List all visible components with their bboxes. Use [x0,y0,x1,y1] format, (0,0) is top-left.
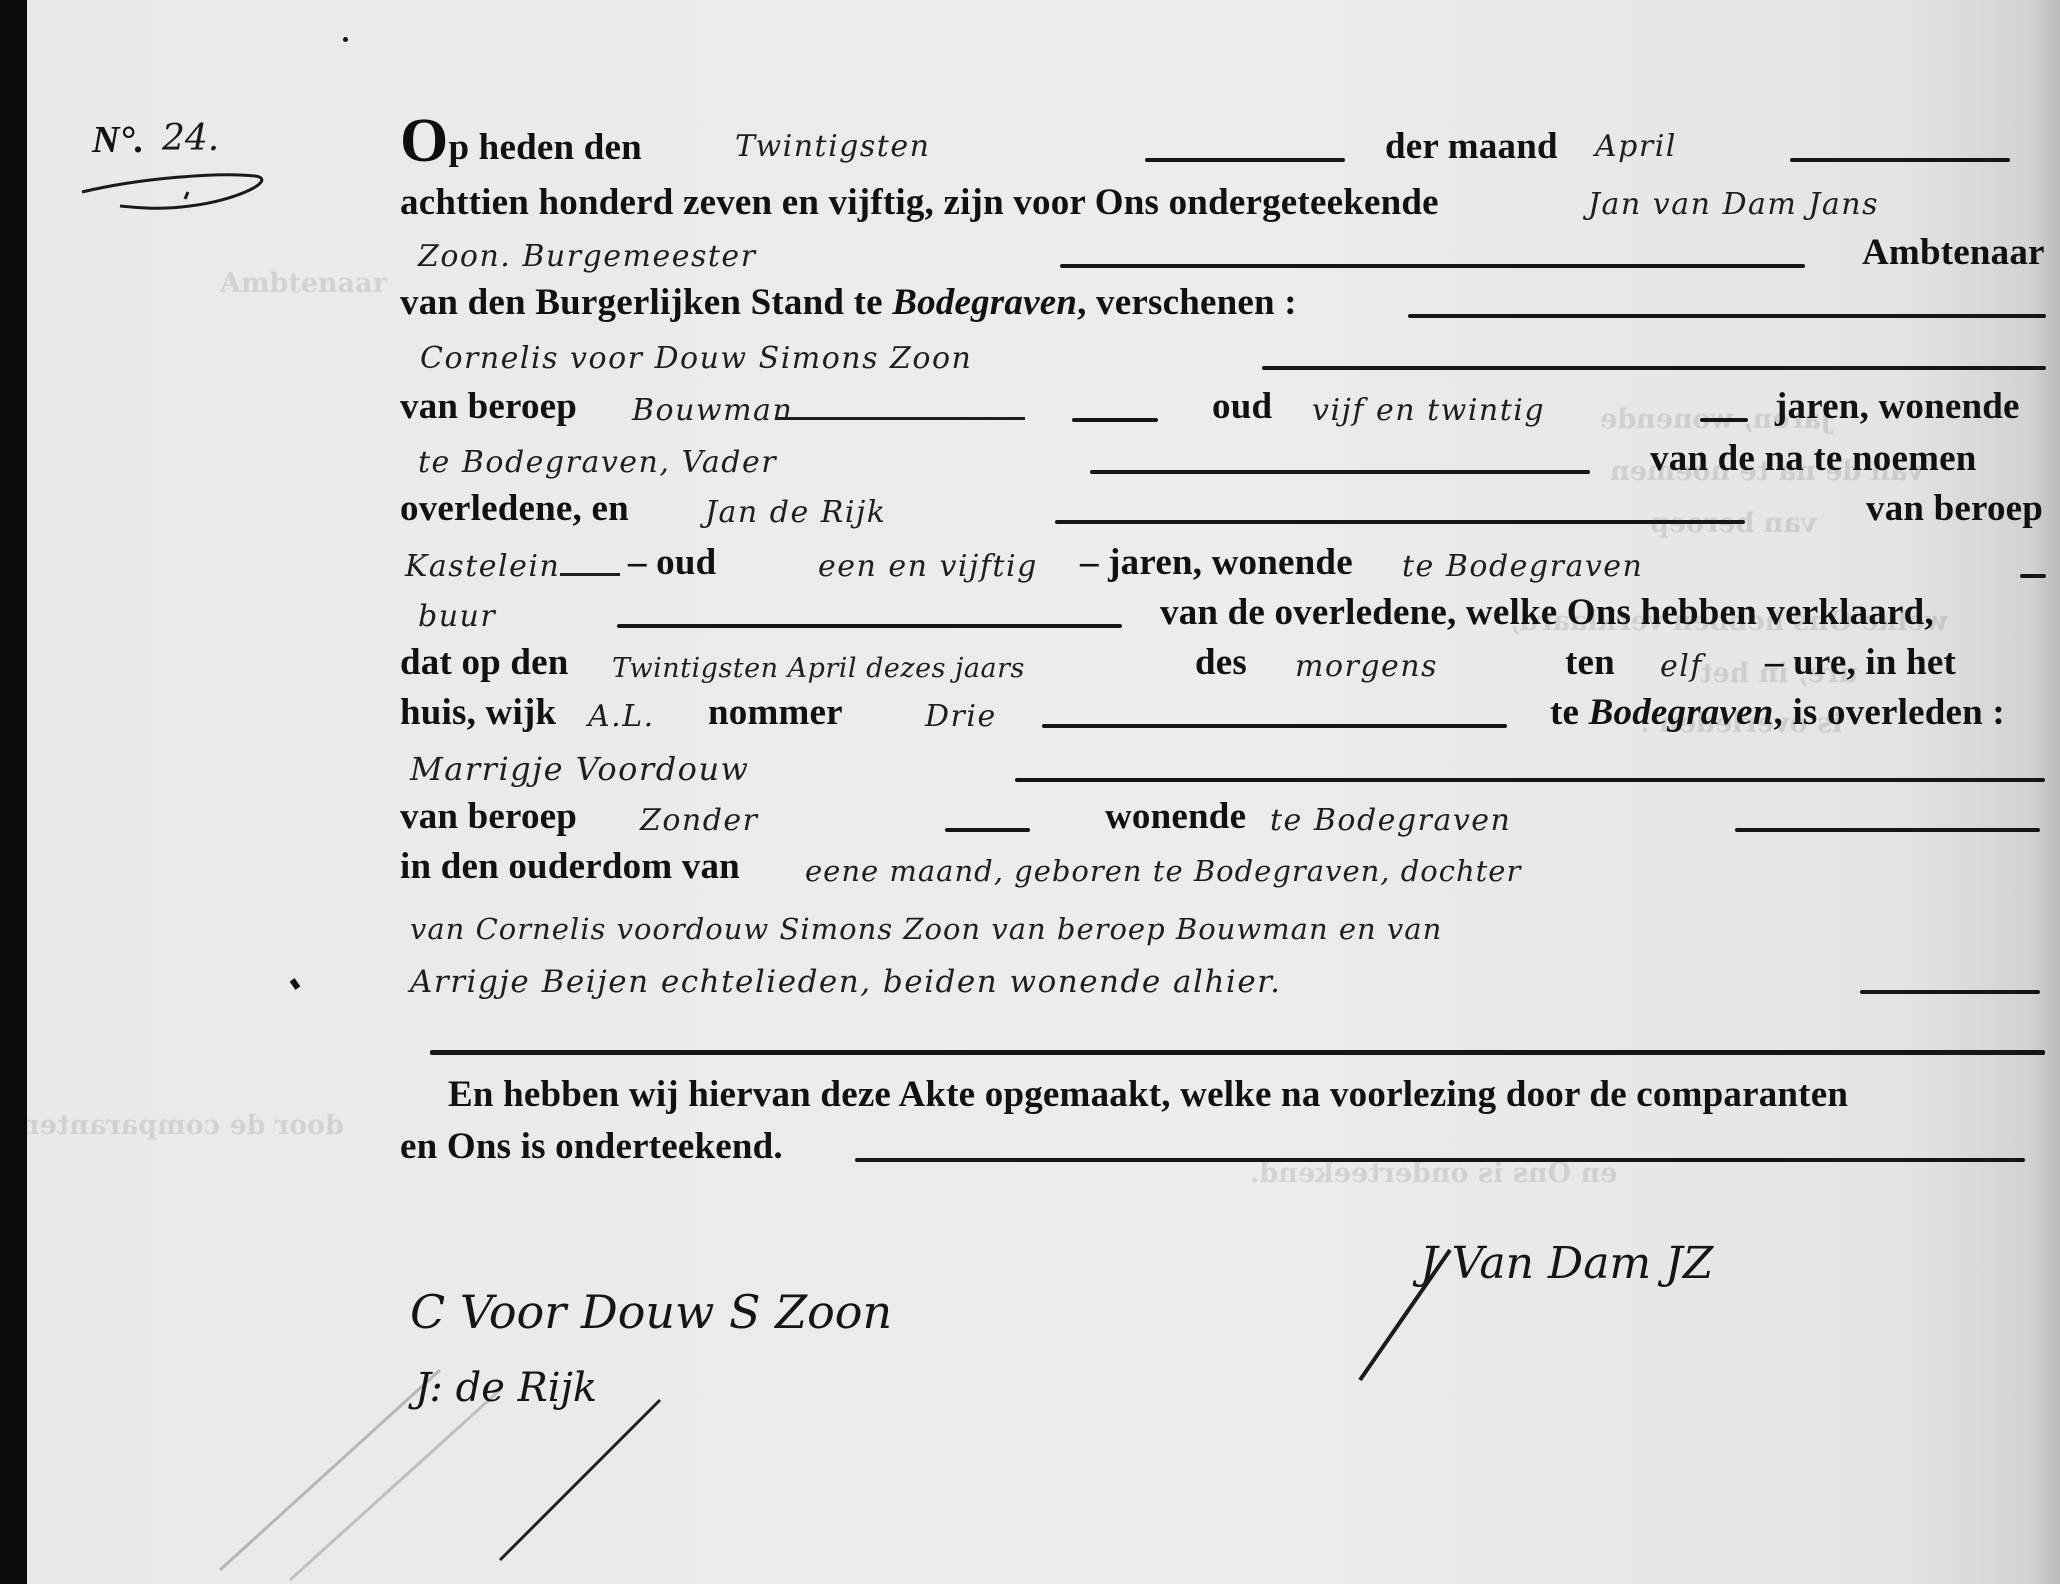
line-11: dat op den Twintigsten April dezes jaars… [0,636,2060,692]
printed-text: van beroep [400,795,577,838]
printed-place: Bodegraven [892,282,1077,323]
line-17: Arrigje Beijen echtelieden, beiden wonen… [0,952,2060,1008]
line-1: Op heden den Twintigsten der maand April [0,120,2060,176]
printed-text: Op heden den [400,110,642,172]
handwritten-residence: te Bodegraven, Vader [418,445,777,480]
printed-text: van beroep [1866,487,2043,530]
fill-rule [1860,990,2040,994]
handwritten-age-birth-parentage: eene maand, geboren te Bodegraven, docht… [805,854,1521,888]
fill-rule [1790,158,2010,162]
document-page: Ambtenaar jaren, wonende van de na te no… [0,0,2060,1584]
printed-text: ten [1565,641,1615,684]
line-9: Kastelein – oud een en vijftig – jaren, … [0,536,2060,592]
handwritten-hour: elf [1660,649,1703,684]
printed-text: En hebben wij hiervan deze Akte opgemaak… [448,1073,1848,1116]
line-2: achttien honderd zeven en vijftig, zijn … [0,176,2060,232]
handwritten-occupation: Zonder [640,803,759,838]
line-8: overledene, en Jan de Rijk van beroep [0,482,2060,538]
handwritten-day: Twintigsten [735,129,930,164]
signature-comparant-1: C Voor Douw S Zoon [410,1285,892,1339]
signature-flourish [1340,1240,1480,1390]
handwritten-official-title: Zoon. Burgemeester [418,239,757,274]
handwritten-deceased-name: Marrigje Voordouw [410,750,749,788]
handwritten-occupation: Kastelein [405,549,560,584]
handwritten-occupation: Bouwman [632,393,793,428]
printed-text: in den ouderdom van [400,845,740,888]
printed-text: der maand [1385,125,1558,168]
printed-text: oud [1212,385,1272,428]
fill-rule [1145,158,1345,162]
printed-text: Ambtenaar [1862,231,2045,274]
line-6: van beroep Bouwman oud vijf en twintig j… [0,380,2060,436]
printed-text: huis, wijk [400,691,556,734]
printed-text: te Bodegraven, is overleden : [1550,691,2005,734]
handwritten-dash [775,417,1025,420]
printed-text: dat op den [400,641,569,684]
printed-text: – jaren, wonende [1080,541,1353,584]
printed-text: des [1195,641,1247,684]
handwritten-house-number: Drie [925,699,997,734]
fill-rule [2020,574,2046,578]
line-15: in den ouderdom van eene maand, geboren … [0,840,2060,896]
handwritten-age: een en vijftig [818,549,1038,584]
handwritten-parentage-end: Arrigje Beijen echtelieden, beiden wonen… [410,964,1281,1000]
fill-rule [617,624,1122,628]
fill-rule [855,1158,2025,1162]
printed-text: en Ons is onderteekend. [400,1125,783,1168]
printed-text: overledene, en [400,487,629,530]
fill-rule [1055,520,1745,524]
printed-text: achttien honderd zeven en vijftig, zijn … [400,181,1439,224]
line-13: Marrigje Voordouw [0,740,2060,796]
closing-line-2: en Ons is onderteekend. [0,1120,2060,1176]
handwritten-relation: buur [418,599,496,634]
fill-rule [1262,366,2046,370]
ink-speck [343,37,348,42]
printed-place: Bodegraven [1589,692,1774,733]
fill-rule [1090,470,1590,474]
fill-rule [1735,828,2040,832]
line-12: huis, wijk A.L. nommer Drie te Bodegrave… [0,686,2060,742]
fill-rule [1042,724,1507,728]
handwritten-comparant-2: Jan de Rijk [705,495,886,530]
printed-text: van den Burgerlijken Stand te Bodegraven… [400,281,1297,324]
line-7: te Bodegraven, Vader van de na te noemen [0,432,2060,488]
fill-rule [945,828,1030,832]
handwritten-wijk: A.L. [588,699,655,734]
printed-text: – oud [628,541,716,584]
handwritten-parentage: van Cornelis voordouw Simons Zoon van be… [410,912,1442,946]
fill-rule [1072,418,1158,422]
initial-capital: O [400,107,448,175]
line-14: van beroep Zonder wonende te Bodegraven [0,790,2060,846]
fill-rule [1015,778,2045,782]
line-16: van Cornelis voordouw Simons Zoon van be… [0,898,2060,954]
line-4: van den Burgerlijken Stand te Bodegraven… [0,276,2060,332]
line-5: Cornelis voor Douw Simons Zoon [0,328,2060,384]
fill-rule [1408,314,2046,318]
handwritten-daypart: morgens [1295,649,1438,684]
handwritten-age: vijf en twintig [1312,393,1545,428]
handwritten-dash [560,573,620,576]
handwritten-date-of-death: Twintigsten April dezes jaars [612,653,1025,684]
fill-rule [1700,418,1748,422]
handwritten-official-name: Jan van Dam Jans [1588,187,1879,222]
handwritten-month: April [1595,129,1677,164]
signature-stray-strokes [200,1350,700,1584]
fill-rule [1060,264,1805,268]
printed-text: wonende [1105,795,1246,838]
handwritten-comparant-1: Cornelis voor Douw Simons Zoon [420,341,972,376]
closing-line-1: En hebben wij hiervan deze Akte opgemaak… [0,1068,2060,1124]
printed-text: – ure, in het [1765,641,1956,684]
line-3: Zoon. Burgemeester Ambtenaar [0,226,2060,282]
line-10: buur van de overledene, welke Ons hebben… [0,586,2060,642]
section-divider-rule [430,1050,2045,1055]
printed-text: van de na te noemen [1650,437,1977,480]
printed-text: van de overledene, welke Ons hebben verk… [1160,591,1934,634]
handwritten-residence: te Bodegraven [1402,549,1643,584]
handwritten-residence: te Bodegraven [1270,803,1511,838]
printed-text: nommer [708,691,843,734]
printed-text: jaren, wonende [1775,385,2020,428]
printed-text: van beroep [400,385,577,428]
